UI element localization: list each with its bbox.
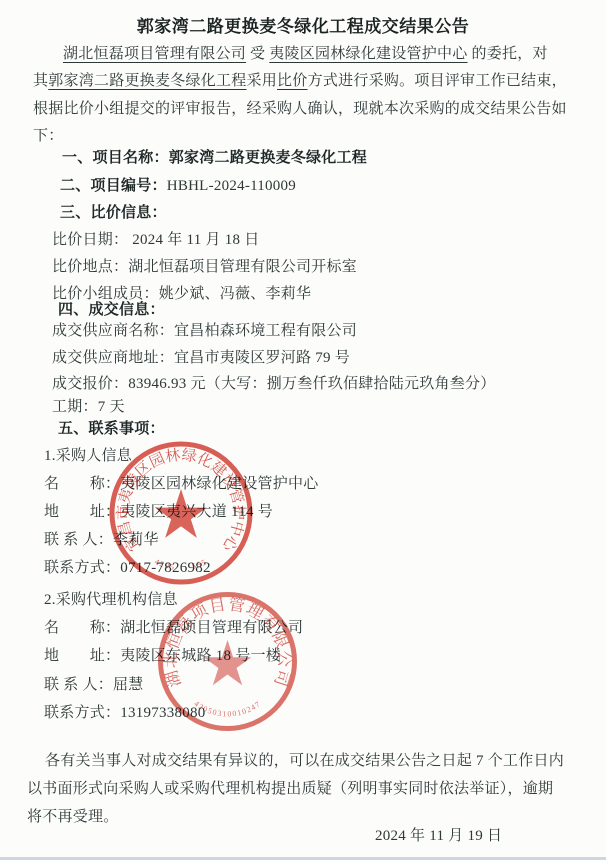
section-project-name: 一、项目名称：郭家湾二路更换麦冬绿化工程 bbox=[62, 149, 367, 168]
project-name-underlined: 郭家湾二路更换麦冬绿化工程 bbox=[48, 73, 246, 89]
seal-code-text: 42050310010247 bbox=[192, 699, 262, 718]
agent-seal: 湖北恒磊项目管理有限公司 42050310010247 bbox=[155, 589, 300, 739]
footer-line-3: 将不再受理。 bbox=[27, 808, 119, 827]
project-no-value: HBHL-2024-110009 bbox=[167, 178, 296, 194]
intro-text: 方式进行采购。项目评审工作已结束， bbox=[308, 73, 567, 89]
page-title: 郭家湾二路更换麦冬绿化工程成交结果公告 bbox=[0, 12, 606, 37]
duration-line: 工期：7 天 bbox=[52, 398, 125, 417]
section-award-header: 四、成交信息： bbox=[58, 301, 165, 320]
section-label: 二、项目编号： bbox=[60, 178, 167, 194]
agent-person-line: 联 系 人：屈慧 bbox=[44, 676, 144, 695]
intro-text: 受 bbox=[246, 46, 269, 62]
project-name-value: 郭家湾二路更换麦冬绿化工程 bbox=[169, 150, 367, 166]
star-icon bbox=[204, 640, 252, 685]
client-name-underlined: 夷陵区园林绿化建设管护中心 bbox=[269, 46, 467, 62]
intro-text: 其 bbox=[33, 73, 48, 89]
section-project-no: 二、项目编号：HBHL-2024-110009 bbox=[60, 177, 296, 196]
bid-place-line: 比价地点：湖北恒磊项目管理有限公司开标室 bbox=[52, 258, 357, 277]
bid-date-line: 比价日期： 2024 年 11 月 18 日 bbox=[52, 231, 259, 250]
field-label: 成交供应商地址： bbox=[52, 350, 174, 366]
seal-code-arc-text: 4205 555 bbox=[153, 557, 209, 572]
field-label: 名 称： bbox=[44, 620, 120, 636]
field-label: 比价地点： bbox=[52, 259, 128, 275]
intro-line-2: 其郭家湾二路更换麦冬绿化工程采用比价方式进行采购。项目评审工作已结束， bbox=[33, 72, 567, 91]
award-price-line: 成交报价：83946.93 元（大写：捌万叁仟玖佰肆拾陆元玖角叁分） bbox=[52, 375, 496, 394]
field-label: 工期： bbox=[52, 399, 98, 415]
supplier-addr-line: 成交供应商地址：宜昌市夷陵区罗河路 79 号 bbox=[52, 349, 350, 368]
bid-panel-value: 姚少斌、冯薇、李莉华 bbox=[159, 286, 312, 302]
bid-date-value: 2024 年 11 月 18 日 bbox=[128, 232, 259, 248]
field-label: 比价小组成员： bbox=[52, 286, 159, 302]
footer-line-2: 以书面形式向采购人或采购代理机构提出质疑（列明事实同时依法举证），逾期 bbox=[27, 780, 553, 799]
field-label: 成交供应商名称： bbox=[52, 323, 174, 339]
intro-line-4: 下： bbox=[33, 127, 64, 146]
intro-line-1: 湖北恒磊项目管理有限公司 受 夷陵区园林绿化建设管护中心 的委托，对 bbox=[63, 45, 548, 64]
agent-person-value: 屈慧 bbox=[113, 677, 144, 693]
section-label: 一、项目名称： bbox=[62, 150, 169, 166]
supplier-name-value: 宜昌柏森环境工程有限公司 bbox=[174, 323, 357, 339]
intro-text: 采用 bbox=[247, 73, 278, 89]
intro-line-3: 根据比价小组提交的评审报告，经采购人确认，现就本次采购的成交结果公告如 bbox=[33, 100, 567, 119]
method-underlined: 比价 bbox=[277, 73, 308, 89]
field-label: 联 系 人： bbox=[44, 677, 113, 693]
footer-line-1: 各有关当事人对成交结果有异议的，可以在成交结果公告之日起 7 个工作日内 bbox=[45, 752, 564, 771]
field-label: 成交报价： bbox=[52, 376, 128, 392]
duration-value: 7 天 bbox=[98, 399, 125, 415]
agency-name-underlined: 湖北恒磊项目管理有限公司 bbox=[63, 46, 246, 62]
field-label: 联 系 人： bbox=[44, 532, 113, 548]
seal-code-text: 4205 555 bbox=[153, 557, 209, 572]
buyer-seal: 宜昌市夷陵区园林绿化建设管护中心 4205 555 bbox=[106, 438, 256, 593]
bid-place-value: 湖北恒磊项目管理有限公司开标室 bbox=[128, 259, 357, 275]
field-label: 地 址： bbox=[44, 648, 120, 664]
agent-seal-svg: 湖北恒磊项目管理有限公司 42050310010247 bbox=[155, 589, 300, 734]
intro-text: 的委托，对 bbox=[468, 46, 548, 62]
buyer-seal-svg: 宜昌市夷陵区园林绿化建设管护中心 4205 555 bbox=[106, 438, 256, 588]
section-contact-header: 五、联系事项： bbox=[58, 420, 165, 439]
supplier-addr-value: 宜昌市夷陵区罗河路 79 号 bbox=[174, 350, 350, 366]
announcement-date: 2024 年 11 月 19 日 bbox=[375, 827, 502, 846]
seal-code-arc-text: 42050310010247 bbox=[192, 699, 262, 718]
section-pricing-header: 三、比价信息： bbox=[60, 204, 167, 223]
award-price-value: 83946.93 元（大写：捌万叁仟玖佰肆拾陆元玖角叁分） bbox=[128, 376, 495, 392]
field-label: 比价日期： bbox=[52, 232, 128, 248]
announcement-document: 郭家湾二路更换麦冬绿化工程成交结果公告 湖北恒磊项目管理有限公司 受 夷陵区园林… bbox=[0, 0, 606, 860]
star-icon bbox=[155, 489, 206, 538]
supplier-name-line: 成交供应商名称：宜昌柏森环境工程有限公司 bbox=[52, 322, 357, 341]
field-label: 联系方式： bbox=[44, 705, 120, 721]
